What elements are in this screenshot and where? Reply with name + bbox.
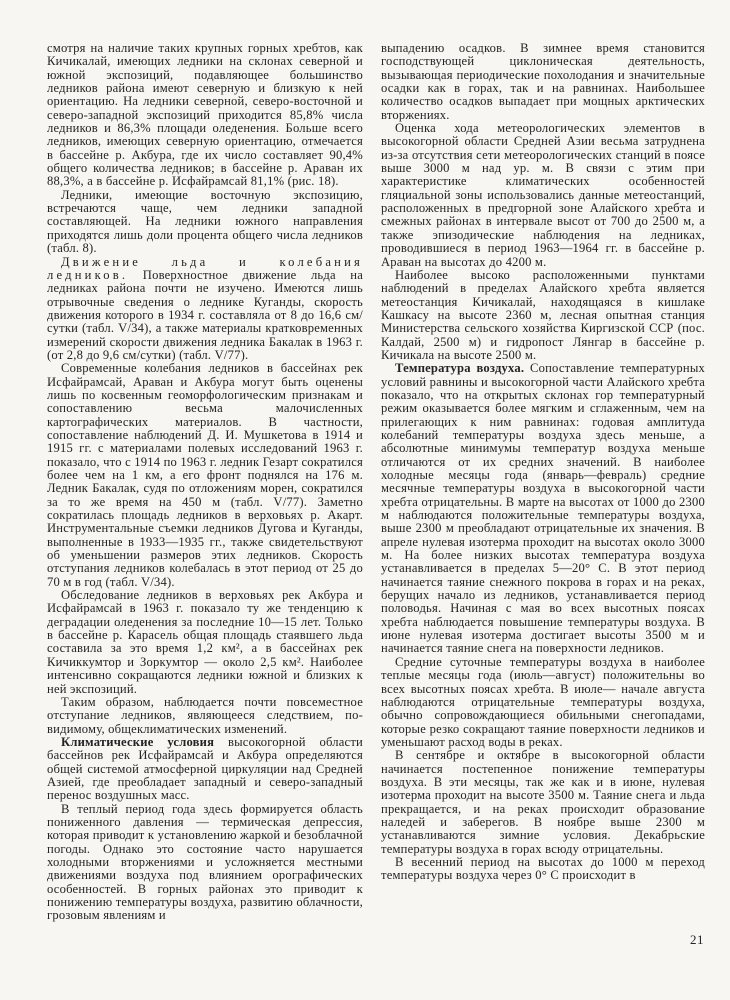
paragraph: выпадению осадков. В зимнее время станов… bbox=[381, 42, 705, 122]
paragraph: Оценка хода метеорологических элементов … bbox=[381, 122, 705, 269]
left-column: смотря на наличие таких крупных горных х… bbox=[47, 42, 363, 923]
page-number: 21 bbox=[690, 932, 704, 948]
paragraph-lead: Движение льда и колебания ледников. bbox=[47, 255, 363, 282]
paragraph: Таким образом, наблюдается почти повсеме… bbox=[47, 696, 363, 736]
paragraph-lead: Температура воздуха. bbox=[395, 361, 524, 375]
right-column: выпадению осадков. В зимнее время станов… bbox=[381, 42, 705, 923]
paragraph: Наиболее высоко расположенными пунктами … bbox=[381, 269, 705, 362]
paragraph: смотря на наличие таких крупных горных х… bbox=[47, 42, 363, 189]
text-columns: смотря на наличие таких крупных горных х… bbox=[47, 42, 705, 923]
paragraph-lead: Климатические условия bbox=[61, 735, 214, 749]
paragraph: Климатические условия высокогорной облас… bbox=[47, 736, 363, 803]
paragraph: Ледники, имеющие восточную экспозицию, в… bbox=[47, 189, 363, 256]
document-page: смотря на наличие таких крупных горных х… bbox=[0, 0, 730, 1000]
paragraph: Современные колебания ледников в бассейн… bbox=[47, 362, 363, 589]
paragraph: Движение льда и колебания ледников. Пове… bbox=[47, 256, 363, 363]
paragraph: Средние суточные температуры воздуха в н… bbox=[381, 656, 705, 749]
paragraph: Обследование ледников в верховьях рек Ак… bbox=[47, 589, 363, 696]
paragraph: В теплый период года здесь формируется о… bbox=[47, 803, 363, 923]
paragraph: Температура воздуха. Сопоставление темпе… bbox=[381, 362, 705, 656]
paragraph: В весенний период на высотах до 1000 м п… bbox=[381, 856, 705, 883]
paragraph: В сентябре и октябре в высокогорной обла… bbox=[381, 749, 705, 856]
